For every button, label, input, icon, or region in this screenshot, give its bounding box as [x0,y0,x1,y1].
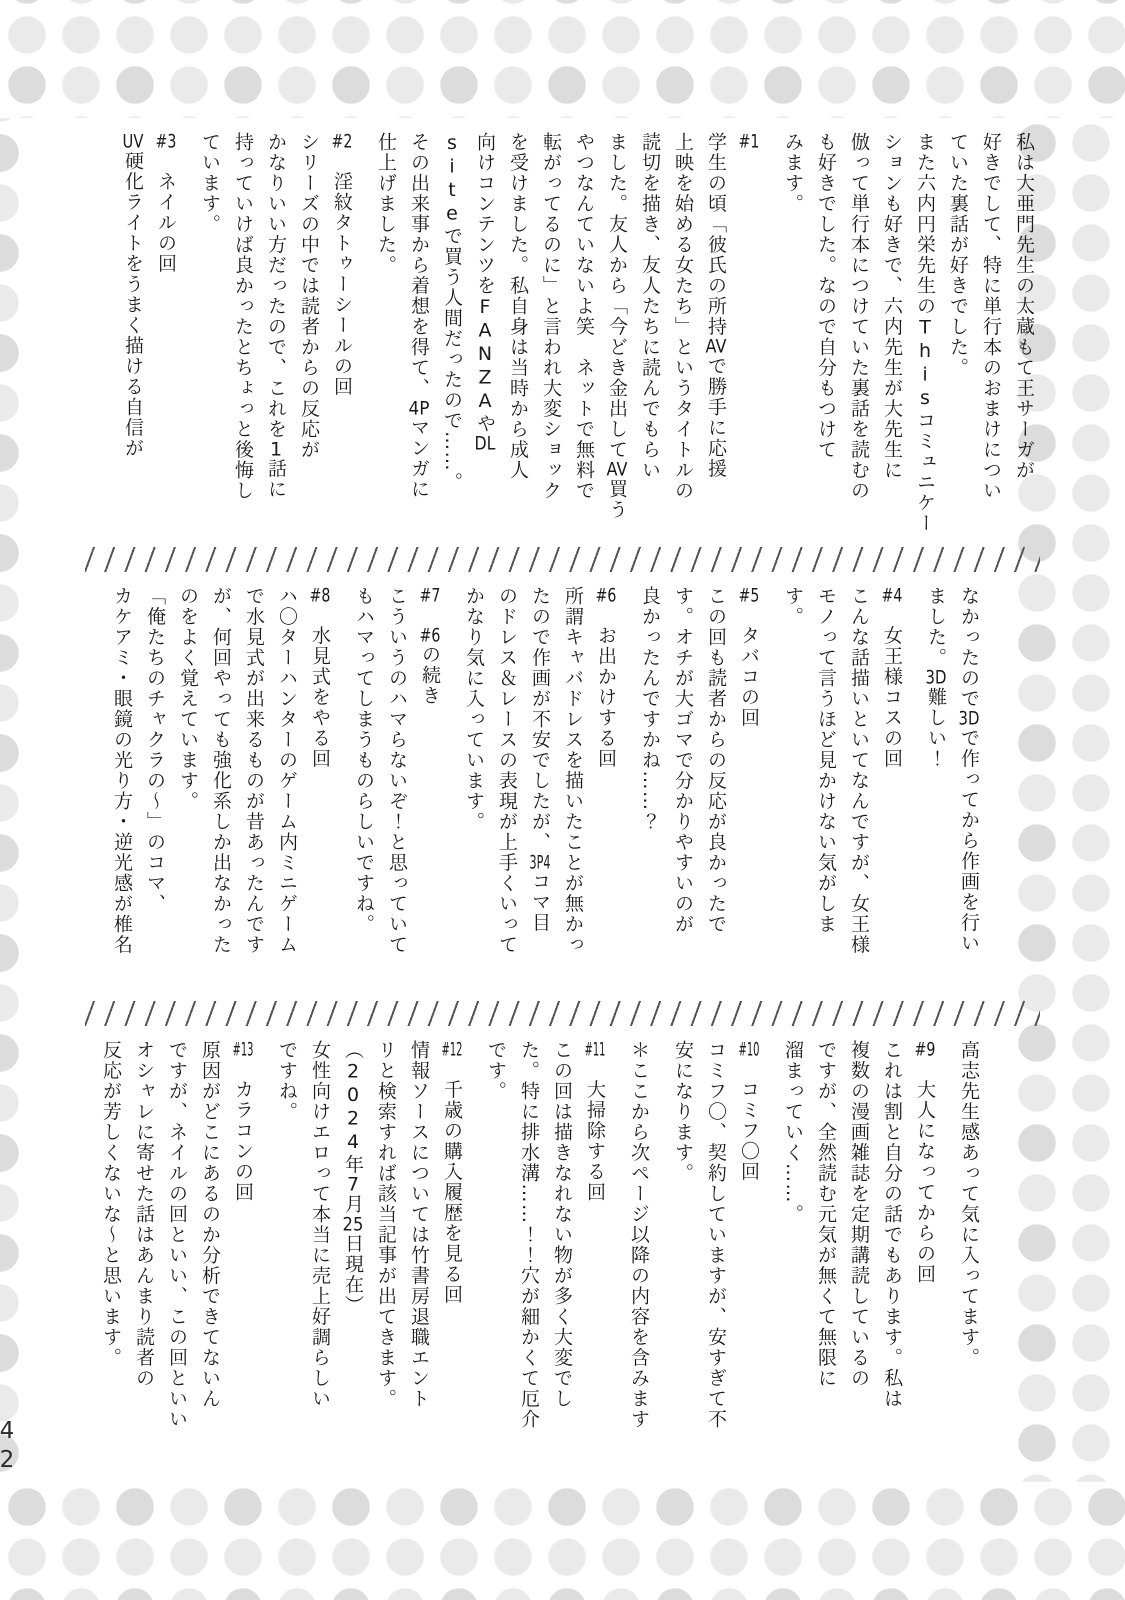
text-column: 反応が芳しくないな～と思います。 [94,1040,127,1476]
text-column: 良かったんですかね……？ [633,586,666,1008]
latin-run: #6 [419,626,441,645]
text-column: で水見式が出来るものが昔あったんです [237,586,270,1008]
text-column: #12 千歳の購入履歴を見る回 [435,1040,468,1476]
text-column: 高志先生感あって気に入ってます。 [952,1040,985,1476]
text-column: かなりいい方だったので、これを1話に [259,132,292,548]
text-column: この回は描きなれない物が多く大変でし [545,1040,578,1476]
text-column: のをよく覚えています。 [171,586,204,1008]
text-column: #3 ネイルの回 [149,132,182,548]
text-column: #5 タバコの回 [732,586,765,1008]
text-column: #6 お出かけする回 [589,586,622,1008]
page-number: 42 [0,1418,20,1476]
text-column: 学生の頃「彼氏の所持AVで勝手に応援 [699,132,732,548]
polka-dot-border-left [0,118,22,1482]
text-column: オシャレに寄せた話はあんまり読者の [127,1040,160,1476]
text-column: かなり気に入っています。 [457,586,490,1008]
latin-run: #4 [881,586,903,605]
text-column: ションも好きで、六内先生が大先生に [875,132,908,548]
text-column: こういうのハマらないぞ！と思っていて [380,586,413,1008]
text-column: ました。友人から「今どき金出してAV買う [600,132,633,548]
text-column: す。 [776,586,809,1008]
text-column: 読切を描き、友人たちに読んでもらい [633,132,666,548]
afterword-section-4-8: なかったので3Dで作ってから作画を行いました。3D難しい！#4 女王様コスの回こ… [105,586,985,1008]
latin-run: This [914,317,936,411]
text-column: 安になります。 [666,1040,699,1476]
text-column: リと検索すれば該当記事が出てきます。 [369,1040,402,1476]
text-column: #11 大掃除する回 [578,1040,611,1476]
text-column: 持っていけば良かったとちょっと後悔し [226,132,259,548]
text-column: この回も読者からの反応が良かったで [699,586,732,1008]
text-column: 向けコンテンツをFANZAやDL [468,132,501,548]
text-column: 所謂キャバドレスを描いたことが無かっ [556,586,589,1008]
text-column: #13 カラコンの回 [226,1040,259,1476]
latin-run: FANZA [474,296,496,414]
text-column: （2024年7月25日現在） [336,1040,369,1476]
text-column: 複数の漫画雑誌を定期講読しているの [842,1040,875,1476]
text-column: 情報ソースについては竹書房退職エント [402,1040,435,1476]
text-column: 仕上げました。 [369,132,402,548]
afterword-page: 私は大亜門先生の太蔵もて王サーガが好きでして、特に単行本のおまけについていた裏話… [0,0,1125,1600]
text-column: こんな話描いといてなんですが、女王様 [842,586,875,1008]
text-column: 倣って単行本につけていた裏話を読むの [842,132,875,548]
text-column: モノって言うほど見かけない気がしま [809,586,842,1008]
afterword-section-9-13: 高志先生感あって気に入ってます。#9 大人になってからの回これは割と自分の話でも… [94,1040,985,1476]
polka-dot-border-bottom [0,1482,1125,1600]
text-column: #8 水見式をやる回 [303,586,336,1008]
latin-run: AV [606,460,628,479]
text-column: も好きでした。なので自分もつけて [809,132,842,548]
text-column: 「俺たちのチャクラの～」のコマ、 [138,586,171,1008]
text-column: siteで買う人間だったので……。 [435,132,468,548]
text-column: その出来事から着想を得て、4Pマンガに [402,132,435,548]
latin-run: #6 [595,586,617,605]
latin-run: 3D [958,709,980,728]
latin-run: #13 [232,1040,254,1059]
text-column: UV硬化ライトをうまく描ける自信が [116,132,149,548]
text-column: みます。 [776,132,809,548]
text-column: ですが、ネイルの回といい、この回といい [160,1040,193,1476]
latin-run: 7 [342,1175,364,1194]
text-column: #7 #6の続き [413,586,446,1008]
latin-run: site [441,132,463,226]
latin-run: 3P4 [529,853,551,872]
latin-run: #7 [419,586,441,605]
text-column: コミフ〇、契約していますが、安すぎて不 [699,1040,732,1476]
text-column: ました。3D難しい！ [919,586,952,1008]
latin-run: #10 [738,1040,760,1059]
latin-run: 25 [342,1215,364,1234]
text-column: 溜まっていく……。 [776,1040,809,1476]
latin-run: #8 [309,586,331,605]
latin-run: #5 [738,586,760,605]
text-column: 転がってるのに」と言われ大変ショック [534,132,567,548]
text-column: もハマってしまうものらしいですね。 [347,586,380,1008]
hatch-divider-1 [85,547,1040,572]
text-column: たので作画が不安でしたが、3P4コマ目 [523,586,556,1008]
text-column: ＊ここから次ページ以降の内容を含みます [622,1040,655,1476]
text-column: #1 [732,132,765,548]
latin-run: #11 [584,1040,606,1059]
latin-run: AV [705,337,727,356]
text-column: #2 淫紋タトゥーシールの回 [325,132,358,548]
text-column: 原因がどこにあるのか分析できてないん [193,1040,226,1476]
text-column: 女性向けエロって本当に売上好調らしい [303,1040,336,1476]
latin-run: #2 [331,132,353,151]
text-column: た。特に排水溝……！！穴が細かくて厄介 [512,1040,545,1476]
latin-run: #3 [155,132,177,151]
text-column: 上映を始める女たち」というタイトルの [666,132,699,548]
text-column: ですね。 [270,1040,303,1476]
text-column: のドレス＆レースの表現が上手くいって [490,586,523,1008]
latin-run: UV [122,132,144,151]
text-column: カケアミ・眼鏡の光り方・逆光感が椎名 [105,586,138,1008]
text-column: です。 [479,1040,512,1476]
latin-run: 3D [925,668,947,687]
text-column: す。オチが大ゴマで分かりやすいのが [666,586,699,1008]
latin-run: DL [474,434,496,453]
latin-run: 1 [265,440,287,459]
latin-run: 2024 [342,1061,364,1155]
latin-run: #12 [441,1040,463,1059]
latin-run: #1 [738,132,760,151]
text-column: 私は大亜門先生の太蔵もて王サーガが [1007,132,1040,548]
text-column: ています。 [193,132,226,548]
latin-run: 4P [408,399,430,418]
text-column: なかったので3Dで作ってから作画を行い [952,586,985,1008]
text-column: やつなんていないよ笑 ネットで無料で [567,132,600,548]
text-column: また六内円栄先生のThisコミュニケー [908,132,941,548]
afterword-section-intro-1-3: 私は大亜門先生の太蔵もて王サーガが好きでして、特に単行本のおまけについていた裏話… [116,132,1040,548]
polka-dot-border-top [0,0,1125,118]
text-column: ていた裏話が好きでした。 [941,132,974,548]
text-column: ですが、全然読む元気が無くて無限に [809,1040,842,1476]
text-column: を受けました。私自身は当時から成人 [501,132,534,548]
text-column: #10 コミフ〇回 [732,1040,765,1476]
text-column: シリーズの中では読者からの反応が [292,132,325,548]
text-column: これは割と自分の話でもあります。私は [875,1040,908,1476]
text-column: ハ〇ターハンターのゲーム内ミニゲーム [270,586,303,1008]
text-column: #4 女王様コスの回 [875,586,908,1008]
text-column: #9 大人になってからの回 [908,1040,941,1476]
latin-run: #9 [914,1040,936,1059]
text-column: 好きでして、特に単行本のおまけについ [974,132,1007,548]
text-column: が、何回やっても強化系しか出なかった [204,586,237,1008]
hatch-divider-2 [85,1001,1040,1026]
